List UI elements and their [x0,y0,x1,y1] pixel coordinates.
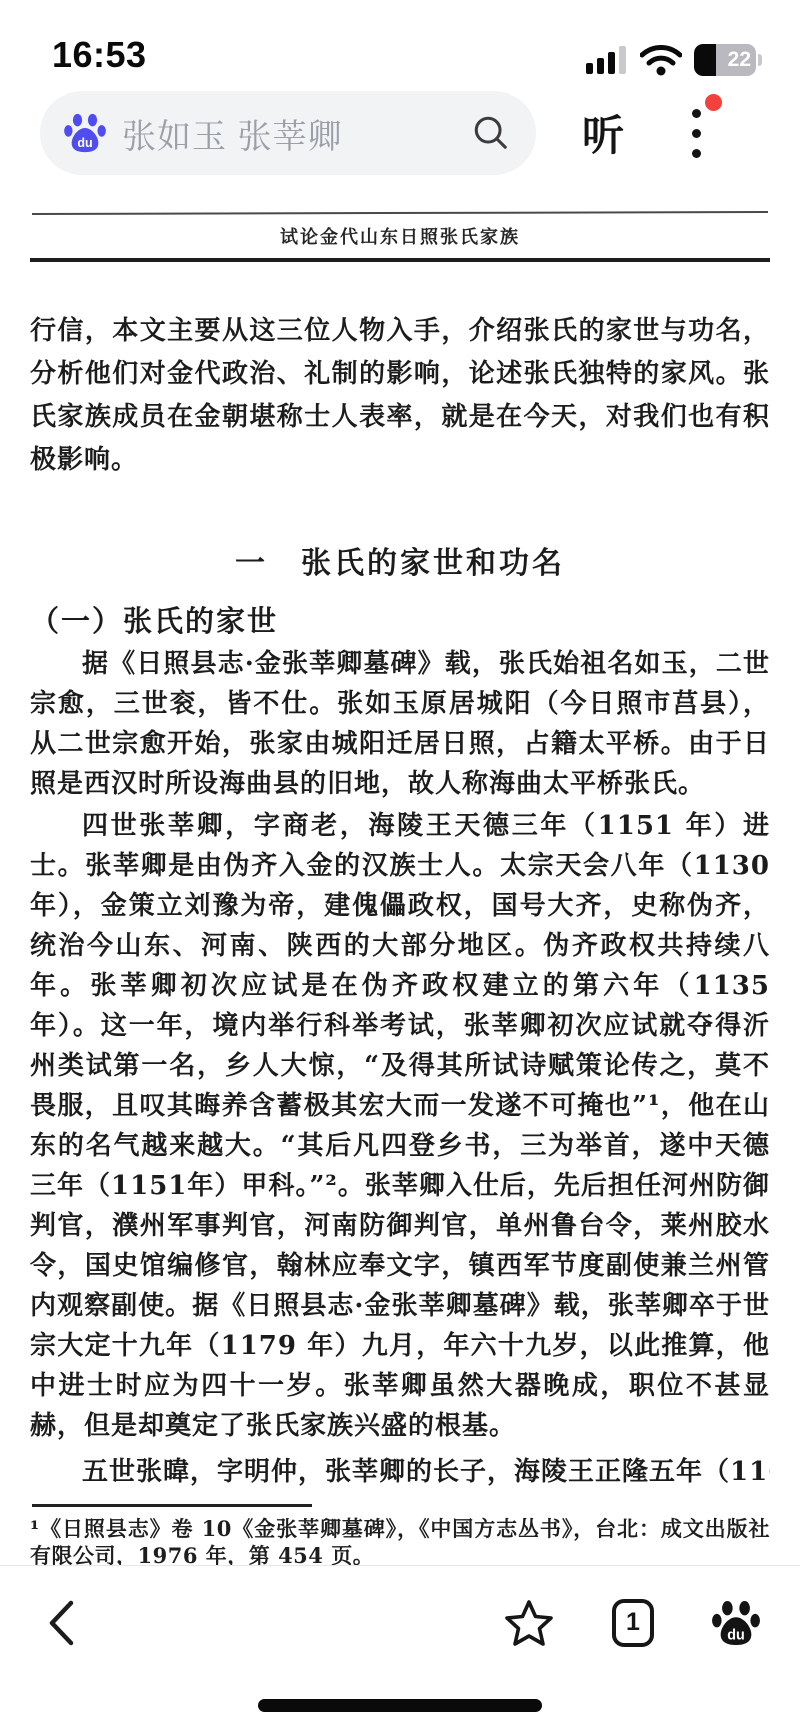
menu-dot [692,109,701,118]
menu-dots-icon[interactable] [676,98,716,168]
search-query-text[interactable]: 张如玉 张莘卿 [122,109,472,158]
baidu-home-icon[interactable]: du [712,1600,760,1646]
signal-icon [586,45,628,75]
search-icon[interactable] [472,114,510,152]
notification-badge [705,94,722,111]
svg-text:du: du [727,1627,745,1643]
baidu-paw-icon: du [64,113,106,153]
status-bar: 16:53 22 [0,0,800,82]
page-top-edge [32,211,768,215]
tab-count: 1 [626,1608,640,1637]
search-input[interactable]: du 张如玉 张莘卿 [40,91,536,175]
section-heading: 一 张氏的家世和功名 [30,538,770,582]
battery-percent: 22 [728,48,751,72]
status-icons: 22 [586,44,762,76]
paragraph-family-origin: 据《日照县志·金张莘卿墓碑》载，张氏始祖名如玉，二世宗愈，三世衮，皆不仕。张如玉… [30,644,770,804]
paragraph-intro: 行信，本文主要从这三位人物入手，介绍张氏的家世与功名，分析他们对金代政治、礼制的… [30,310,770,482]
star-icon[interactable] [504,1599,554,1647]
menu-dot [692,129,701,138]
menu-dot [692,149,701,158]
wifi-icon [640,44,682,76]
svg-text:du: du [77,136,92,150]
battery-fill [694,44,716,76]
tabs-icon[interactable]: 1 [612,1599,654,1647]
paragraph-zhangxinqing: 四世张莘卿，字商老，海陵王天德三年（1151 年）进士。张莘卿是由伪齐入金的汉族… [30,806,770,1446]
clock: 16:53 [52,34,147,76]
listen-button[interactable]: 听 [582,103,624,163]
bottom-toolbar: 1 du [0,1565,800,1693]
toolbar-right-group: 1 du [504,1599,760,1647]
running-head: 试论金代山东日照张氏家族 [30,223,770,249]
paragraph-zhangwei: 五世张暐，字明仲，张莘卿的长子，海陵王正隆五年（1160 [30,1452,770,1492]
search-row: du 张如玉 张莘卿 听 [0,82,800,184]
battery-icon: 22 [694,44,756,76]
subsection-heading: （一）张氏的家世 [30,599,770,640]
header-rule [30,258,770,262]
footnote-rule [32,1504,312,1507]
back-icon[interactable] [48,1600,74,1646]
footnote-1: ¹《日照县志》卷 10《金张莘卿墓碑》，《中国方志丛书》，台北：成文出版社有限公… [30,1515,770,1569]
document-page: 试论金代山东日照张氏家族 行信，本文主要从这三位人物入手，介绍张氏的家世与功名，… [0,212,800,1673]
home-indicator[interactable] [258,1699,542,1712]
battery-cap [758,54,762,66]
